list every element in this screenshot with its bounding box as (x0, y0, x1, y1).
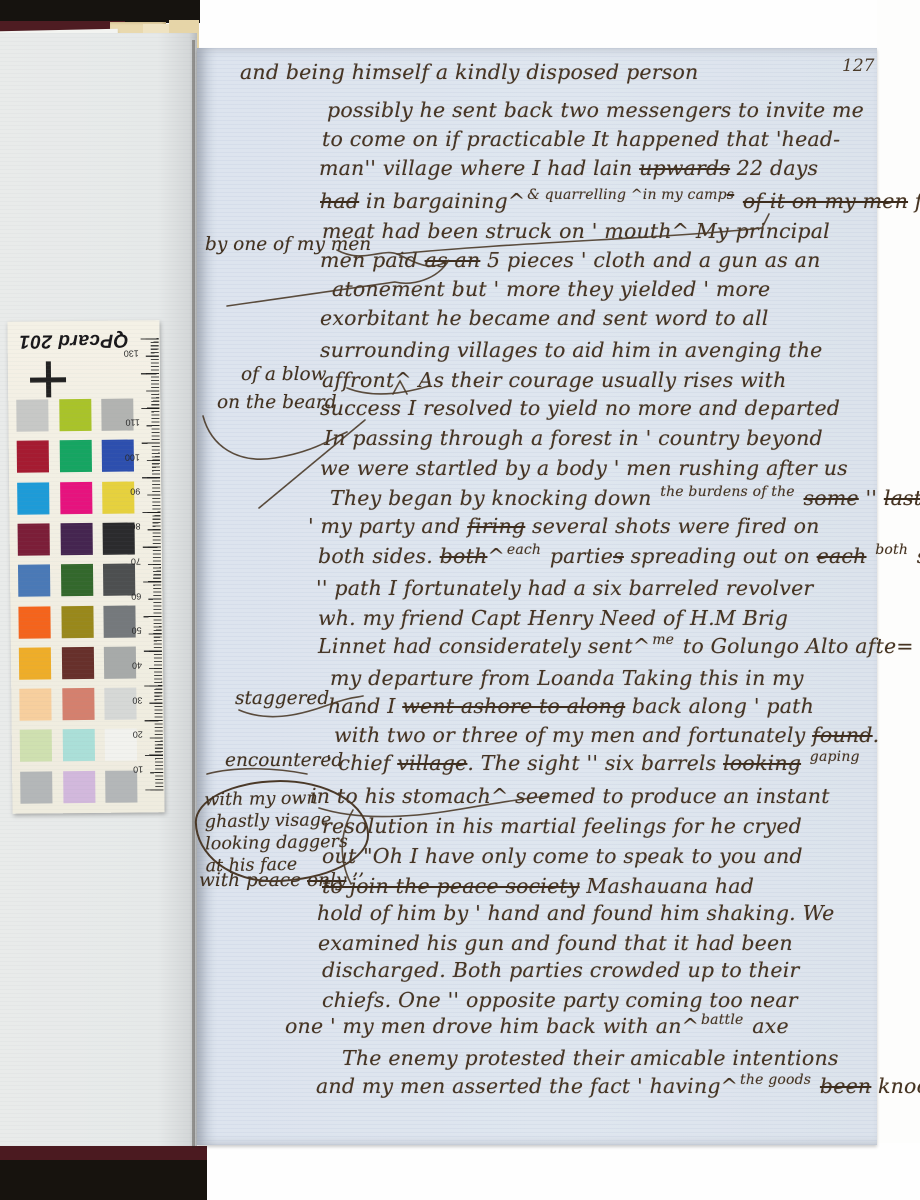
margin-note: encountered (225, 750, 343, 771)
struck-text: s (613, 544, 624, 568)
struck-text: been (820, 1074, 871, 1098)
manuscript-line: Linnet had considerately sent^me to Golu… (318, 634, 914, 658)
struck-text: some (804, 486, 859, 510)
manuscript-line: surrounding villages to aid him in aveng… (320, 338, 823, 362)
ruler: 130110100908070605040302010 (133, 338, 164, 790)
manuscript-line: had in bargaining^& quarrelling ^in my c… (320, 189, 920, 213)
color-swatch (59, 440, 91, 472)
inserted-text: gaping (810, 749, 860, 765)
backdrop (205, 1143, 920, 1200)
gutter-shadow (192, 40, 195, 1148)
qpcard-label: QPcard 201 (16, 329, 132, 352)
color-swatch (62, 688, 94, 720)
ruler-mid-ticks (146, 338, 164, 790)
manuscript-line: They began by knocking down the burdens … (330, 486, 920, 510)
inserted-text: the burdens of the (660, 484, 795, 500)
struck-text: both (440, 544, 488, 568)
manuscript-line: ' chief village. The sight '' six barrel… (326, 751, 862, 775)
manuscript-line: exorbitant he became and sent word to al… (320, 306, 768, 330)
struck-text: went ashore to along (402, 694, 625, 718)
manuscript-line: my departure from Loanda Taking this in … (330, 666, 804, 690)
struck-text: firing (467, 514, 525, 538)
ruler-number: 70 (131, 556, 141, 566)
color-swatch (60, 523, 92, 555)
color-swatch (105, 770, 137, 802)
book-cover-edge-bottom (0, 1160, 207, 1200)
circled-note-line: with my own (204, 787, 362, 812)
ruler-number: 80 (131, 522, 141, 532)
manuscript-line: ' my party and firing several shots were… (308, 514, 820, 538)
color-swatch (105, 729, 137, 761)
manuscript-line: discharged. Both parties crowded up to t… (322, 958, 800, 982)
facing-page: QPcard 201 130110100908070605040302010 (0, 33, 197, 1148)
manuscript-line: to come on if practicable It happened th… (322, 127, 840, 151)
manuscript-line: in to his stomach^ seemed to produce an … (310, 784, 830, 808)
color-swatch (17, 441, 49, 473)
manuscript-line: chiefs. One '' opposite party coming too… (322, 988, 798, 1012)
color-swatch (61, 647, 93, 679)
color-swatch (62, 729, 94, 761)
color-swatch (60, 564, 92, 596)
manuscript-line: with two or three of my men and fortunat… (334, 723, 879, 747)
manuscript-line: success I resolved to yield no more and … (320, 396, 840, 420)
inserted-text: me (652, 632, 674, 648)
manuscript-line: to join the peace society Mashauana had (322, 874, 754, 898)
manuscript-photo: { "page_number": "127", "calibration_car… (0, 0, 920, 1200)
ruler-minor-ticks (151, 338, 164, 790)
color-swatch (103, 605, 135, 637)
inserted-text: battle (701, 1012, 744, 1028)
struck-text: looking (723, 751, 801, 775)
manuscript-line: hold of him by ' hand and found him shak… (317, 901, 835, 925)
color-swatch (20, 771, 52, 803)
manuscript-line: men paid as an 5 pieces ' cloth and a gu… (320, 248, 820, 272)
circled-note-line: ghastly visage (205, 809, 363, 834)
manuscript-line: hand I went ashore to along back along '… (328, 694, 814, 718)
manuscript-line: we were startled by a body ' men rushing… (320, 456, 848, 480)
color-swatch (19, 647, 51, 679)
manuscript-line: examined his gun and found that it had b… (318, 931, 793, 955)
color-swatch (104, 646, 136, 678)
color-swatch (18, 523, 50, 555)
struck-text: village (397, 751, 467, 775)
struck-text: last (884, 486, 920, 510)
manuscript-line: wh. my friend Capt Henry Need of H.M Bri… (318, 606, 788, 630)
swatch-grid (7, 320, 159, 322)
circled-margin-note: with my ownghastly visagelooking daggers… (194, 778, 370, 883)
struck-text: as an (425, 248, 481, 272)
manuscript-line: possibly he sent back two messengers to … (327, 98, 864, 122)
ruler-number: 20 (133, 730, 143, 740)
registration-cross-icon (30, 361, 66, 397)
ruler-number: 60 (131, 591, 141, 601)
inserted-text: the goods (740, 1072, 811, 1088)
margin-note: by one of my men (205, 234, 371, 255)
ruler-number: 130 (124, 348, 139, 358)
manuscript-line: meat had been struck on ' mouth^ My prin… (322, 219, 830, 243)
color-swatch (102, 481, 134, 513)
inserted-text: each (507, 542, 541, 558)
manuscript-line: and my men asserted the fact ' having^th… (316, 1074, 920, 1098)
inserted-text: & quarrelling ^in my camps (527, 187, 734, 203)
color-swatch (19, 688, 51, 720)
ruler-number: 50 (132, 626, 142, 636)
manuscript-line: In passing through a forest in ' country… (324, 426, 823, 450)
color-swatch (103, 564, 135, 596)
manuscript-line: '' path I fortunately had a six barreled… (316, 576, 813, 600)
inserted-text: both (875, 542, 908, 558)
backdrop (197, 0, 920, 50)
color-swatch (17, 482, 49, 514)
ruler-number: 110 (125, 417, 139, 427)
ruler-number: 10 (133, 764, 143, 774)
circled-note-line: looking daggers (205, 831, 363, 856)
color-swatch (61, 605, 93, 637)
color-swatch (18, 565, 50, 597)
manuscript-line: affront^ As their courage usually rises … (322, 368, 787, 392)
page-number: 127 (842, 56, 874, 76)
color-swatch (18, 606, 50, 638)
manuscript-page: 127 and being himself a kindly disposed … (197, 48, 877, 1145)
margin-note: of a blow (241, 364, 327, 385)
color-swatch (59, 399, 91, 431)
ruler-number: 90 (130, 487, 140, 497)
manuscript-line: man'' village where I had lain upwards 2… (319, 156, 818, 180)
manuscript-line: both sides. both^each parties spreading … (318, 544, 920, 568)
struck-text: found (812, 723, 872, 747)
margin-note: staggered (235, 688, 329, 709)
manuscript-line: atonement but ' more they yielded ' more (332, 277, 770, 301)
color-swatch (20, 730, 52, 762)
manuscript-line: out "Oh I have only come to speak to you… (322, 844, 803, 868)
margin-note: on the beard (217, 392, 337, 413)
ruler-number: 40 (132, 660, 142, 670)
struck-text: of it on my men (743, 189, 908, 213)
circled-note-line: at his face (205, 853, 363, 878)
ruler-number: 100 (125, 452, 140, 462)
backdrop (877, 0, 920, 1200)
color-swatch (60, 482, 92, 514)
ruler-major-ticks (141, 338, 164, 790)
manuscript-line: one ' my men drove him back with an^batt… (285, 1014, 789, 1038)
ruler-number: 30 (132, 695, 142, 705)
manuscript-line: and being himself a kindly disposed pers… (240, 60, 698, 84)
color-calibration-card: QPcard 201 130110100908070605040302010 (7, 320, 164, 814)
color-swatch (16, 399, 48, 431)
manuscript-line: resolution in his martial feelings for h… (322, 814, 802, 838)
color-swatch (63, 771, 95, 803)
color-swatch (104, 688, 136, 720)
struck-text: upwards (639, 156, 730, 180)
struck-text: had (320, 189, 359, 213)
manuscript-line: The enemy protested their amicable inten… (342, 1046, 839, 1070)
struck-text: each (817, 544, 867, 568)
color-swatch (102, 440, 134, 472)
color-swatch (101, 398, 133, 430)
struck-text: s (727, 187, 734, 203)
color-swatch (103, 522, 135, 554)
